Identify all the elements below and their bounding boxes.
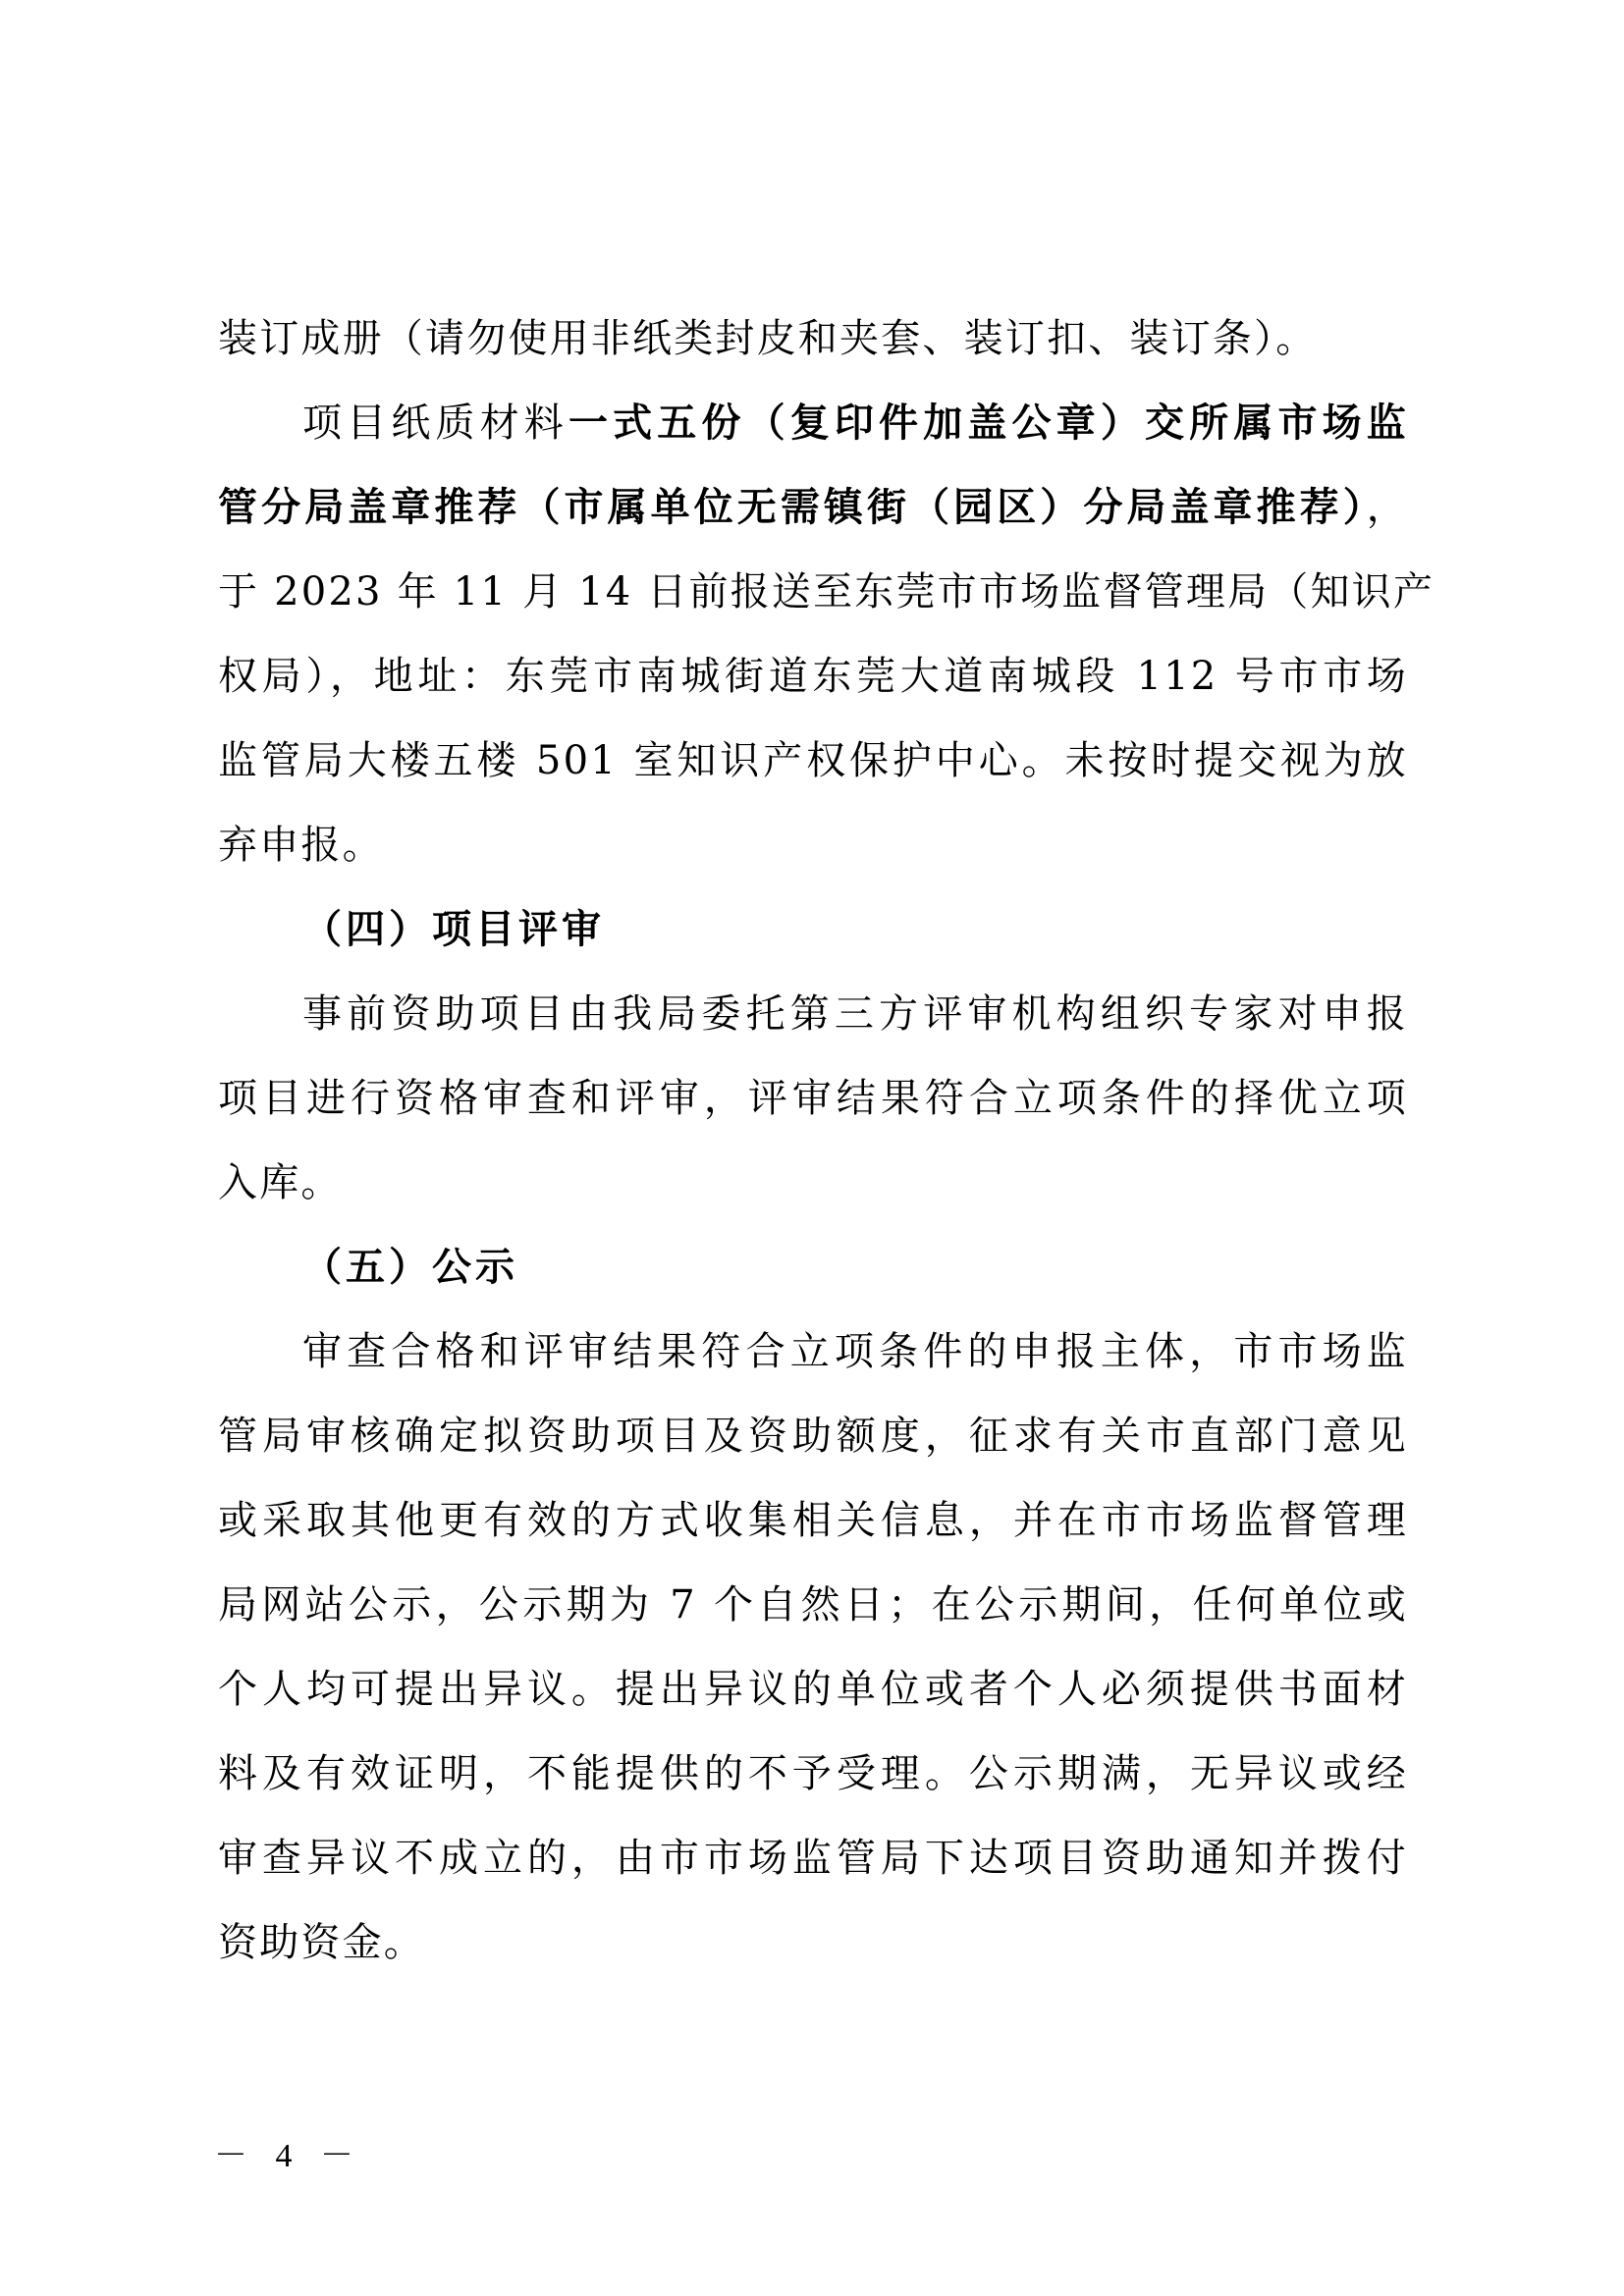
paragraph-line: 局网站公示，公示期为 7 个自然日；在公示期间，任何单位或 <box>218 1563 1408 1647</box>
paragraph-line: 管分局盖章推荐（市属单位无需镇街（园区）分局盖章推荐）， <box>218 465 1408 550</box>
emphasis-text: 管分局盖章推荐（市属单位无需镇街（园区）分局盖章推荐） <box>218 484 1367 530</box>
paragraph-text: 项目纸质材料 <box>302 400 568 446</box>
page-number: － 4 － <box>214 2128 363 2176</box>
paragraph-line: 监管局大楼五楼 501 室知识产权保护中心。未按时提交视为放 <box>218 719 1408 803</box>
emphasis-text: 一式五份（复印件加盖公章）交所属市场监 <box>568 400 1408 446</box>
paragraph-line: 项目进行资格审查和评审，评审结果符合立项条件的择优立项 <box>218 1056 1408 1141</box>
paragraph-line: 入库。 <box>218 1141 1408 1225</box>
paragraph-line: 个人均可提出异议。提出异议的单位或者个人必须提供书面材 <box>218 1647 1408 1732</box>
paragraph-line: 资助资金。 <box>218 1900 1408 1985</box>
paragraph-line: 权局），地址：东莞市南城街道东莞大道南城段 112 号市市场 <box>218 634 1408 719</box>
section-heading-review: （四）项目评审 <box>218 887 1408 972</box>
paragraph-line: 审查合格和评审结果符合立项条件的申报主体，市市场监 <box>218 1309 1408 1394</box>
paragraph-line: 装订成册（请勿使用非纸类封皮和夹套、装订扣、装订条）。 <box>218 296 1408 381</box>
section-heading-publicity: （五）公示 <box>218 1225 1408 1309</box>
paragraph-line: 于 2023 年 11 月 14 日前报送至东莞市市场监督管理局（知识产 <box>218 550 1408 634</box>
paragraph-line: 项目纸质材料一式五份（复印件加盖公章）交所属市场监 <box>218 381 1408 465</box>
paragraph-line: 审查异议不成立的，由市市场监管局下达项目资助通知并拨付 <box>218 1816 1408 1900</box>
paragraph-text: ， <box>1367 485 1408 530</box>
document-page: 装订成册（请勿使用非纸类封皮和夹套、装订扣、装订条）。 项目纸质材料一式五份（复… <box>218 296 1408 1985</box>
paragraph-line: 或采取其他更有效的方式收集相关信息，并在市市场监督管理 <box>218 1478 1408 1563</box>
paragraph-line: 弃申报。 <box>218 803 1408 887</box>
paragraph-line: 料及有效证明，不能提供的不予受理。公示期满，无异议或经 <box>218 1732 1408 1816</box>
paragraph-line: 管局审核确定拟资助项目及资助额度，征求有关市直部门意见 <box>218 1394 1408 1478</box>
paragraph-line: 事前资助项目由我局委托第三方评审机构组织专家对申报 <box>218 972 1408 1056</box>
